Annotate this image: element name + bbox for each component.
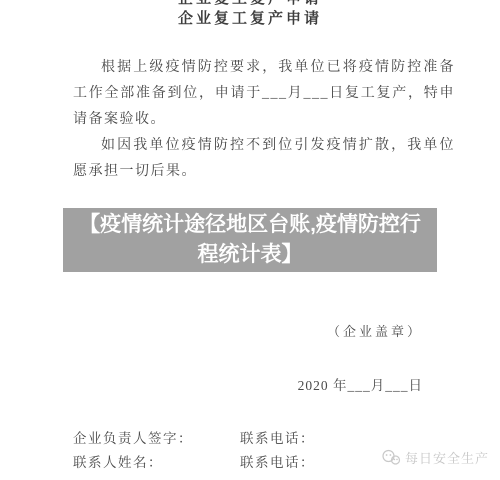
signature-row-responsible: 企业负责人签字： 联系电话： [73,427,473,443]
application-body: 根据上级疫情防控要求，我单位已将疫情防控准备工作全部准备到位，申请于___月__… [73,55,455,185]
related-link-banner[interactable]: 【疫情统计途径地区台账,疫情防控行程统计表】 [63,208,437,272]
related-link-banner-text: 【疫情统计途径地区台账,疫情防控行程统计表】 [74,210,426,270]
responsible-phone-label: 联系电话： [240,427,315,447]
paragraph-1: 根据上级疫情防控要求，我单位已将疫情防控准备工作全部准备到位，申请于___月__… [73,55,455,133]
contact-phone-label: 联系电话： [240,451,315,471]
date-line: 2020 年___月___日 [298,374,423,394]
page-title: 企业复工复产申请 [0,7,500,28]
publisher-watermark: 每日安全生产 [381,448,489,466]
clipped-heading-text: 企业复工复产申请 [0,0,500,6]
document-page: 企业复工复产申请 企业复工复产申请 根据上级疫情防控要求，我单位已将疫情防控准备… [0,0,500,480]
wechat-chat-bubbles-icon [381,449,401,466]
publisher-watermark-text: 每日安全生产 [405,448,489,467]
paragraph-2: 如因我单位疫情防控不到位引发疫情扩散，我单位愿承担一切后果。 [73,133,455,185]
clipped-previous-heading: 企业复工复产申请 [0,0,500,6]
contact-name-label: 联系人姓名： [73,451,163,471]
responsible-signature-label: 企业负责人签字： [73,427,193,447]
company-seal-note: （企业盖章） [327,321,423,340]
